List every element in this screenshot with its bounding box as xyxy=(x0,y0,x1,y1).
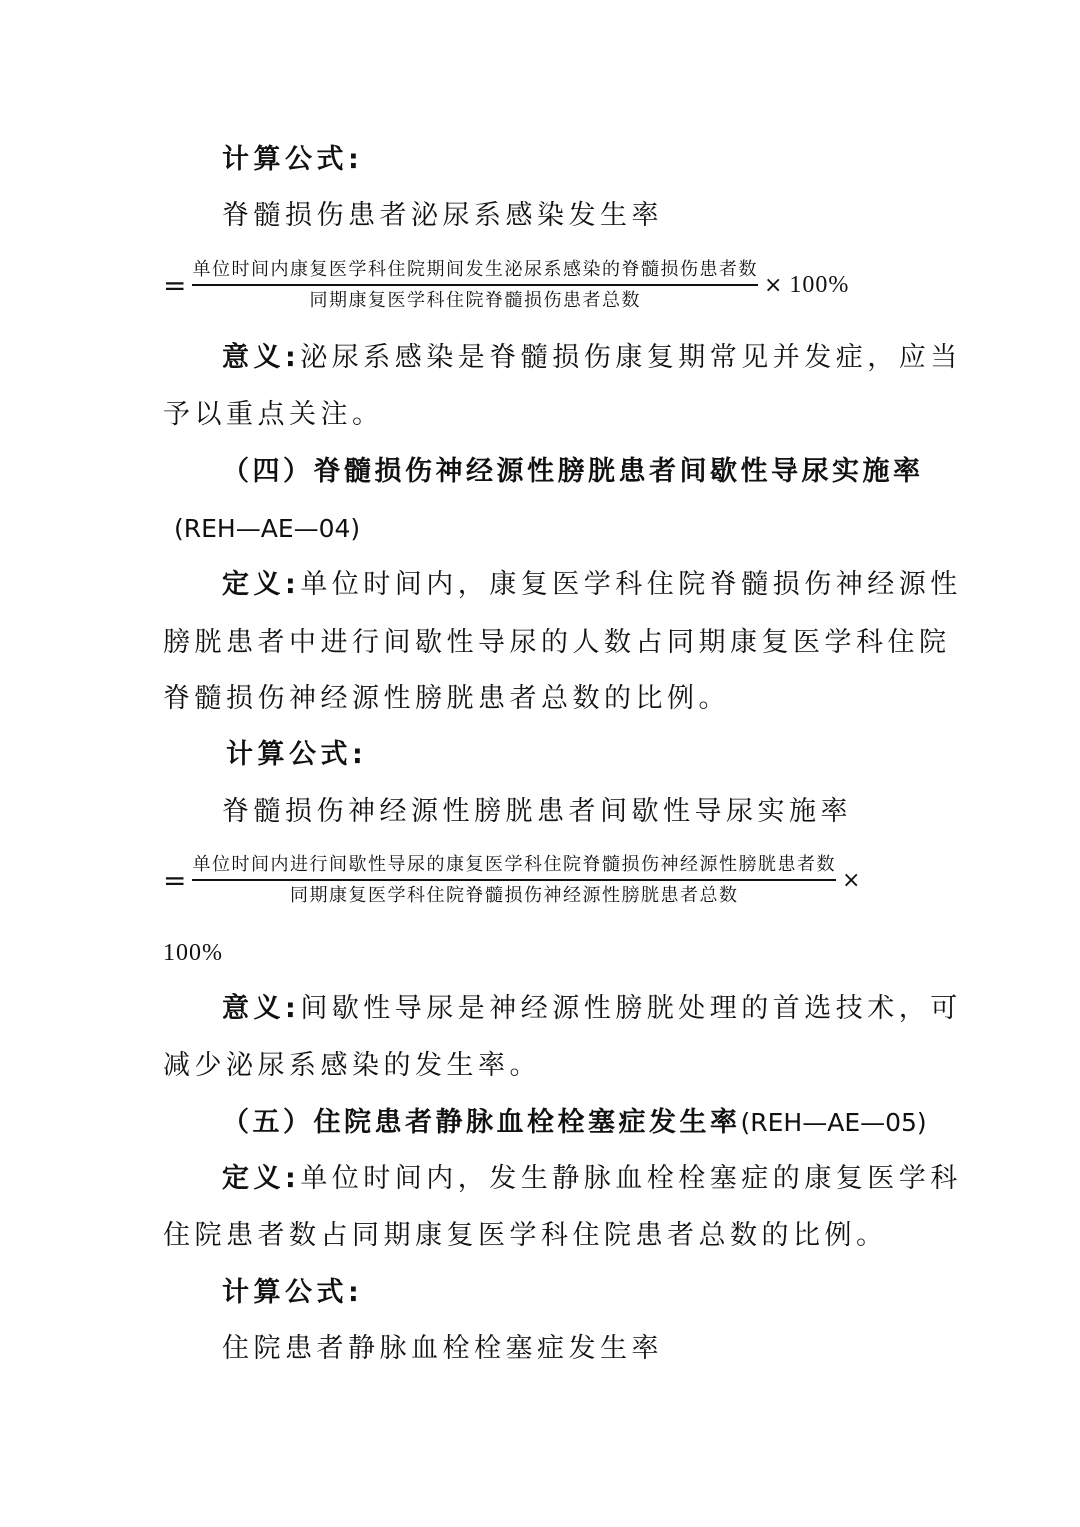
definition-paragraph: 定义:单位时间内，发生静脉血栓栓塞症的康复医学科 xyxy=(222,1162,962,1196)
denominator: 同期康复医学科住院脊髓损伤神经源性膀胱患者总数 xyxy=(290,884,739,908)
meaning-paragraph: 意义:间歇性导尿是神经源性膀胱处理的首选技术，可 xyxy=(222,992,962,1026)
definition-text: 单位时间内，发生静脉血栓栓塞症的康复医学科 xyxy=(300,1163,962,1194)
formula-label: 计算公式: xyxy=(222,1276,363,1310)
fraction-bar xyxy=(192,284,758,286)
definition-label: 定义: xyxy=(222,569,300,600)
meaning-paragraph: 意义:泌尿系感染是脊髓损伤康复期常见并发症，应当 xyxy=(222,341,962,375)
section-heading-4: （四）脊髓损伤神经源性膀胱患者间歇性导尿实施率 xyxy=(222,455,924,489)
formula-infection-rate: = 单位时间内康复医学科住院期间发生泌尿系感染的脊髓损伤患者数 同期康复医学科住… xyxy=(163,258,849,313)
times-symbol: × xyxy=(764,273,782,298)
section-heading-5-title: （五）住院患者静脉血栓栓塞症发生率 xyxy=(222,1107,741,1138)
definition-text: 单位时间内，康复医学科住院脊髓损伤神经源性 xyxy=(300,569,962,600)
meaning-text: 间歇性导尿是神经源性膀胱处理的首选技术，可 xyxy=(300,993,962,1024)
meaning-text: 泌尿系感染是脊髓损伤康复期常见并发症，应当 xyxy=(300,342,962,373)
fraction: 单位时间内康复医学科住院期间发生泌尿系感染的脊髓损伤患者数 同期康复医学科住院脊… xyxy=(192,258,758,313)
percent-factor: 100% xyxy=(789,272,849,298)
multiply-sign: × 100% xyxy=(764,272,849,299)
formula-label: 计算公式: xyxy=(226,738,367,772)
formula-name: 脊髓损伤神经源性膀胱患者间歇性导尿实施率 xyxy=(222,795,852,829)
percent-factor: 100% xyxy=(163,936,223,970)
meaning-label: 意义: xyxy=(222,342,300,373)
meaning-text-cont: 予以重点关注。 xyxy=(163,398,384,432)
definition-label: 定义: xyxy=(222,1163,300,1194)
meaning-text-cont: 减少泌尿系感染的发生率。 xyxy=(163,1049,541,1083)
fraction: 单位时间内进行间歇性导尿的康复医学科住院脊髓损伤神经源性膀胱患者数 同期康复医学… xyxy=(192,853,836,908)
multiply-sign: × xyxy=(842,868,860,893)
formula-name: 脊髓损伤患者泌尿系感染发生率 xyxy=(222,199,663,233)
equals-sign: = xyxy=(163,864,186,897)
denominator: 同期康复医学科住院脊髓损伤患者总数 xyxy=(309,289,641,313)
formula-name: 住院患者静脉血栓栓塞症发生率 xyxy=(222,1332,663,1366)
numerator: 单位时间内康复医学科住院期间发生泌尿系感染的脊髓损伤患者数 xyxy=(192,258,758,282)
numerator: 单位时间内进行间歇性导尿的康复医学科住院脊髓损伤神经源性膀胱患者数 xyxy=(192,853,836,877)
definition-text-cont: 脊髓损伤神经源性膀胱患者总数的比例。 xyxy=(163,682,730,716)
fraction-bar xyxy=(192,879,836,881)
section-code-5: (REH—AE—05) xyxy=(741,1108,927,1137)
formula-catheterization-rate: = 单位时间内进行间歇性导尿的康复医学科住院脊髓损伤神经源性膀胱患者数 同期康复… xyxy=(163,853,860,908)
definition-paragraph: 定义:单位时间内，康复医学科住院脊髓损伤神经源性 xyxy=(222,568,962,602)
formula-label: 计算公式: xyxy=(222,143,363,177)
equals-sign: = xyxy=(163,269,186,302)
meaning-label: 意义: xyxy=(222,993,300,1024)
section-code-4: (REH—AE—04) xyxy=(174,512,360,546)
definition-text-cont: 住院患者数占同期康复医学科住院患者总数的比例。 xyxy=(163,1219,888,1253)
section-heading-5: （五）住院患者静脉血栓栓塞症发生率(REH—AE—05) xyxy=(222,1106,927,1140)
definition-text-cont: 膀胱患者中进行间歇性导尿的人数占同期康复医学科住院 xyxy=(163,626,951,660)
